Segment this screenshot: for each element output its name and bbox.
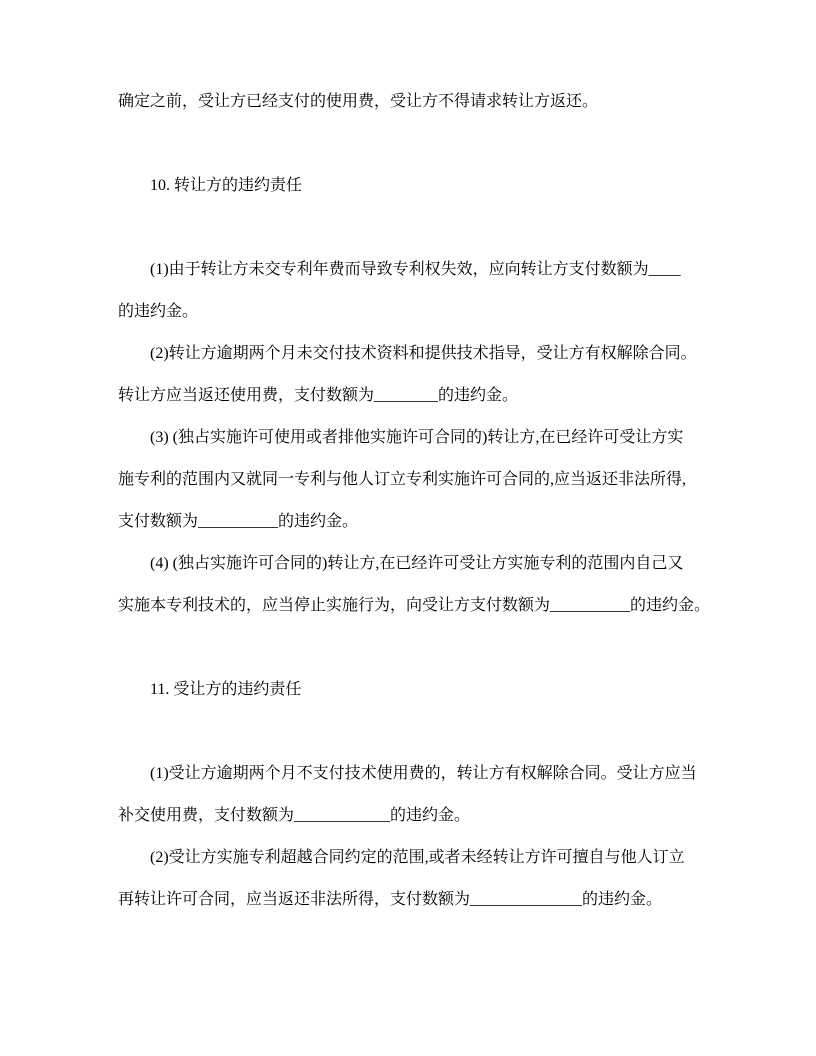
section-10-heading: 10. 转让方的违约责任 — [118, 165, 708, 207]
section-10-item-3-line: 支付数额为__________的违约金。 — [118, 501, 708, 543]
section-10-item-2-line: (2)转让方逾期两个月未交付技术资料和提供技术指导，受让方有权解除合同。 — [118, 333, 708, 375]
blank-line — [118, 123, 708, 165]
section-11-item-1-line: (1)受让方逾期两个月不支付技术使用费的，转让方有权解除合同。受让方应当 — [118, 753, 708, 795]
blank-line — [118, 711, 708, 753]
paragraph-line: 确定之前，受让方已经支付的使用费，受让方不得请求转让方返还。 — [118, 81, 708, 123]
section-11-heading: 11. 受让方的违约责任 — [118, 669, 708, 711]
blank-line — [118, 627, 708, 669]
section-10-item-1-line: (1)由于转让方未交专利年费而导致专利权失效，应向转让方支付数额为____ — [118, 249, 708, 291]
section-10-item-3-line: (3) (独占实施许可使用或者排他实施许可合同的)转让方,在已经许可受让方实 — [118, 417, 708, 459]
section-11-item-1-line: 补交使用费，支付数额为____________的违约金。 — [118, 795, 708, 837]
section-10-item-1-line: 的违约金。 — [118, 291, 708, 333]
section-11-item-2-line: (2)受让方实施专利超越合同约定的范围,或者未经转让方许可擅自与他人订立 — [118, 837, 708, 879]
document-page: 确定之前，受让方已经支付的使用费，受让方不得请求转让方返还。 10. 转让方的违… — [0, 0, 816, 1056]
section-10-item-4-line: 实施本专利技术的，应当停止实施行为，向受让方支付数额为__________的违约… — [118, 585, 708, 627]
document-body: 确定之前，受让方已经支付的使用费，受让方不得请求转让方返还。 10. 转让方的违… — [118, 81, 708, 921]
section-11-item-2-line: 再转让许可合同，应当返还非法所得，支付数额为______________的违约金… — [118, 879, 708, 921]
blank-line — [118, 207, 708, 249]
section-10-item-3-line: 施专利的范围内又就同一专利与他人订立专利实施许可合同的,应当返还非法所得, — [118, 459, 708, 501]
section-10-item-2-line: 转让方应当返还使用费，支付数额为________的违约金。 — [118, 375, 708, 417]
section-10-item-4-line: (4) (独占实施许可合同的)转让方,在已经许可受让方实施专利的范围内自己又 — [118, 543, 708, 585]
